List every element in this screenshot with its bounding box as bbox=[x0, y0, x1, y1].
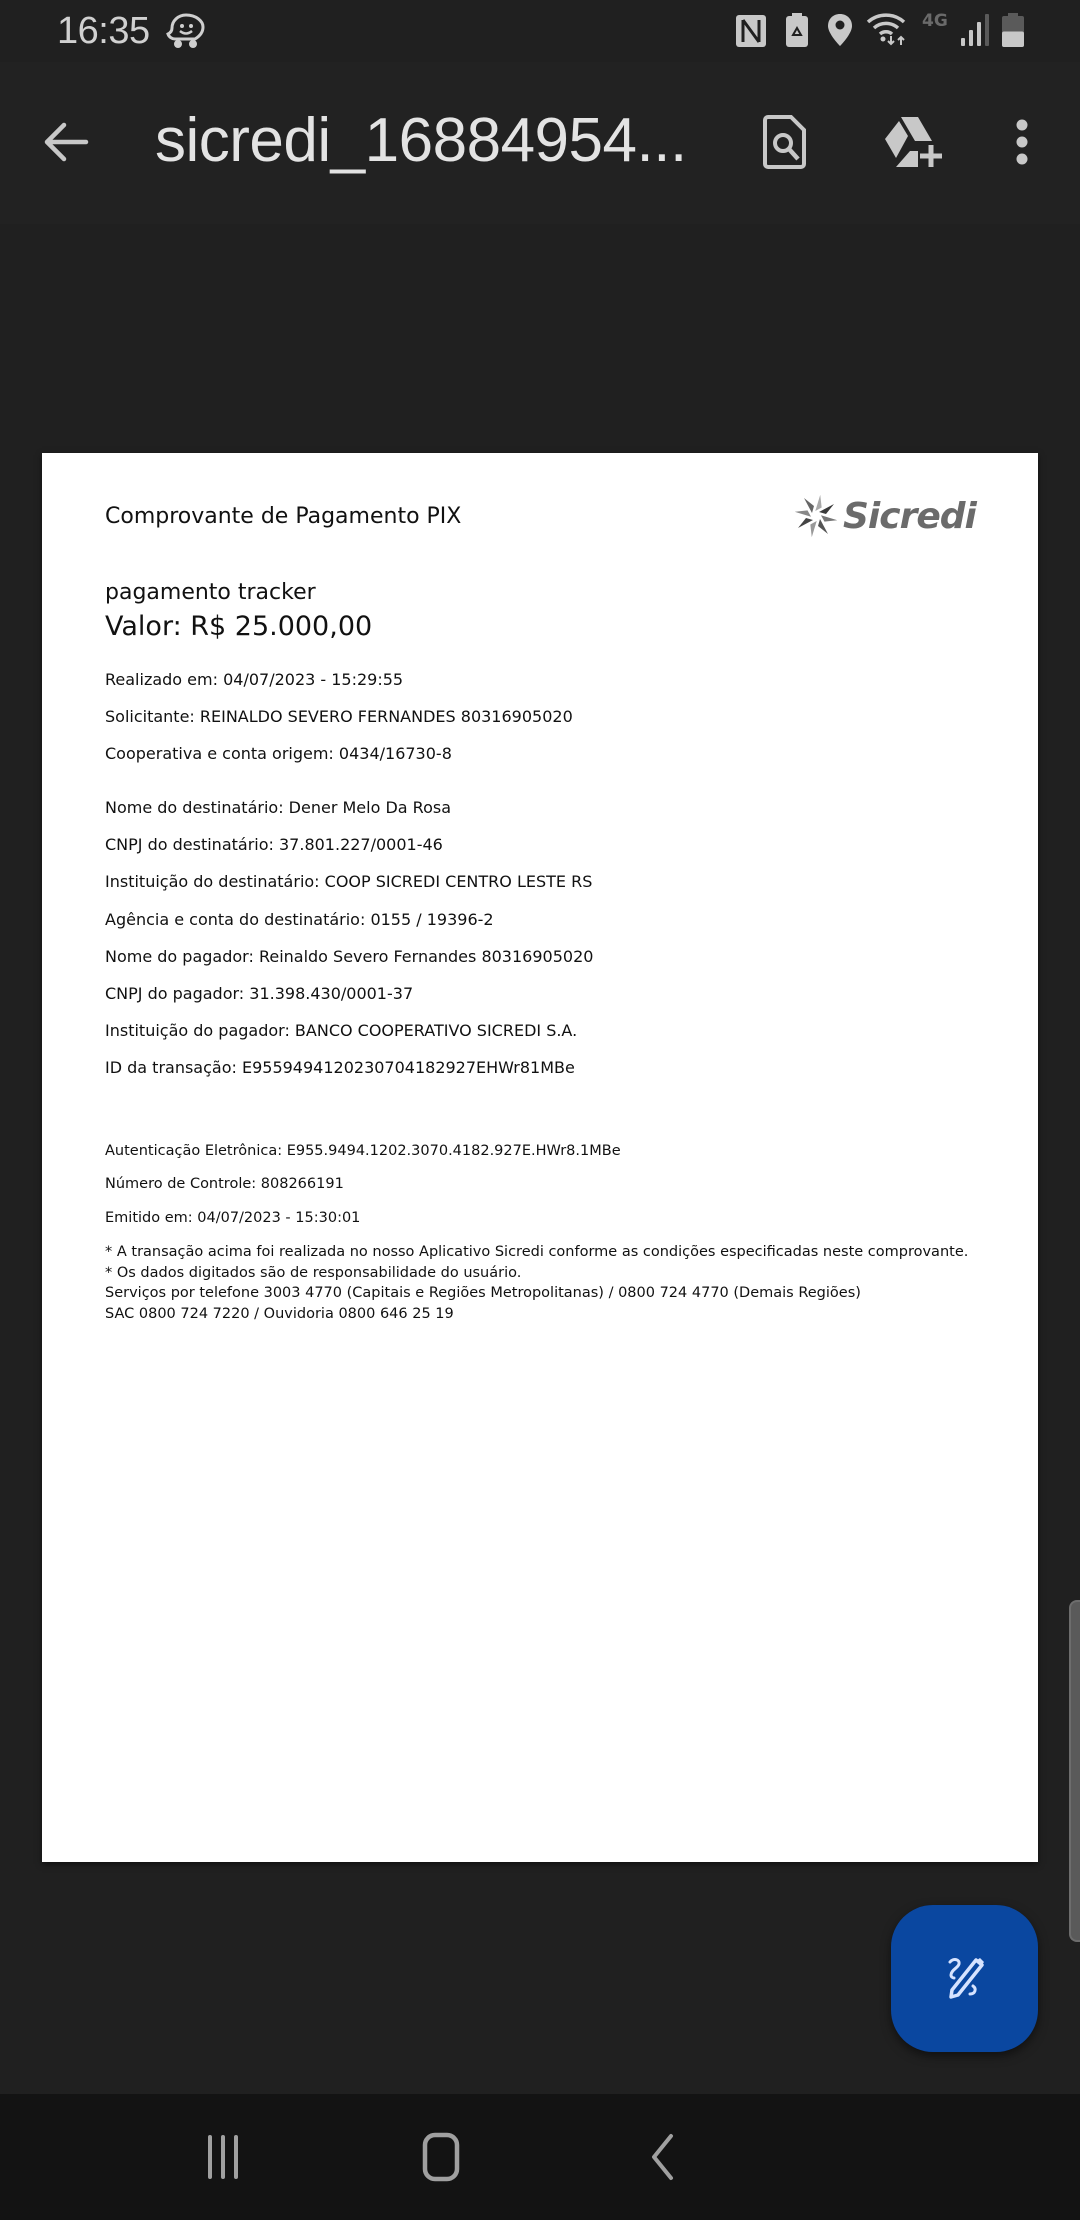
find-in-document-icon bbox=[761, 115, 807, 169]
document-field: ID da transação: E9559494120230704182927… bbox=[105, 1058, 575, 1077]
status-bar: 16:35 4G bbox=[0, 0, 1080, 62]
payment-description: pagamento tracker bbox=[105, 580, 316, 605]
document-field: Instituição do destinatário: COOP SICRED… bbox=[105, 872, 592, 891]
location-icon bbox=[827, 13, 853, 52]
home-button[interactable] bbox=[401, 2124, 481, 2190]
signal-icon bbox=[960, 14, 990, 51]
document-title: Comprovante de Pagamento PIX bbox=[105, 504, 461, 529]
more-options-button[interactable] bbox=[996, 108, 1048, 176]
edit-signature-icon bbox=[940, 1954, 990, 2004]
document-field: Nome do destinatário: Dener Melo Da Rosa bbox=[105, 798, 451, 817]
document-field: Instituição do pagador: BANCO COOPERATIV… bbox=[105, 1021, 577, 1040]
fill-and-sign-button[interactable] bbox=[891, 1905, 1038, 2052]
document-field: Nome do pagador: Reinaldo Severo Fernand… bbox=[105, 947, 593, 966]
footer-line: Serviços por telefone 3003 4770 (Capitai… bbox=[105, 1283, 968, 1304]
sicredi-pinwheel-icon bbox=[795, 495, 837, 537]
footer-line: * A transação acima foi realizada no nos… bbox=[105, 1242, 968, 1263]
scrollbar-thumb[interactable] bbox=[1069, 1600, 1080, 1942]
more-vertical-icon bbox=[1015, 119, 1029, 165]
nav-back-icon bbox=[648, 2133, 676, 2181]
payment-value: Valor: R$ 25.000,00 bbox=[105, 611, 372, 642]
drive-add-icon bbox=[882, 115, 944, 169]
document-field: Número de Controle: 808266191 bbox=[105, 1176, 344, 1192]
document-field: CNPJ do pagador: 31.398.430/0001-37 bbox=[105, 984, 413, 1003]
4g-icon: 4G bbox=[922, 11, 948, 31]
document-footer: * A transação acima foi realizada no nos… bbox=[105, 1242, 968, 1325]
add-to-drive-button[interactable] bbox=[875, 108, 951, 176]
battery-icon bbox=[1002, 13, 1024, 52]
footer-line: SAC 0800 724 7220 / Ouvidoria 0800 646 2… bbox=[105, 1304, 968, 1325]
document-field: Solicitante: REINALDO SEVERO FERNANDES 8… bbox=[105, 707, 573, 726]
sicredi-logo: Sicredi bbox=[795, 495, 976, 537]
battery-saver-icon bbox=[785, 13, 809, 52]
logo-text: Sicredi bbox=[843, 496, 976, 537]
find-in-document-button[interactable] bbox=[750, 108, 818, 176]
document-field: Emitido em: 04/07/2023 - 15:30:01 bbox=[105, 1210, 360, 1226]
waze-icon bbox=[166, 12, 206, 55]
pdf-page[interactable]: Sicredi Comprovante de Pagamento PIX pag… bbox=[42, 453, 1038, 1862]
recents-button[interactable] bbox=[183, 2124, 263, 2190]
system-nav-bar bbox=[0, 2094, 1080, 2220]
arrow-left-icon bbox=[43, 122, 89, 162]
home-icon bbox=[421, 2132, 461, 2182]
nfc-icon bbox=[735, 14, 767, 53]
document-field: CNPJ do destinatário: 37.801.227/0001-46 bbox=[105, 835, 443, 854]
document-field: Cooperativa e conta origem: 0434/16730-8 bbox=[105, 744, 452, 763]
document-field: Agência e conta do destinatário: 0155 / … bbox=[105, 910, 494, 929]
recents-icon bbox=[205, 2134, 241, 2180]
footer-line: * Os dados digitados são de responsabili… bbox=[105, 1263, 968, 1284]
document-field: Realizado em: 04/07/2023 - 15:29:55 bbox=[105, 670, 403, 689]
document-field: Autenticação Eletrônica: E955.9494.1202.… bbox=[105, 1143, 621, 1159]
back-button[interactable] bbox=[40, 112, 92, 172]
file-title: sicredi_16884954... bbox=[155, 105, 687, 176]
wifi-icon bbox=[866, 12, 910, 51]
status-time: 16:35 bbox=[57, 10, 150, 53]
nav-back-button[interactable] bbox=[622, 2124, 702, 2190]
